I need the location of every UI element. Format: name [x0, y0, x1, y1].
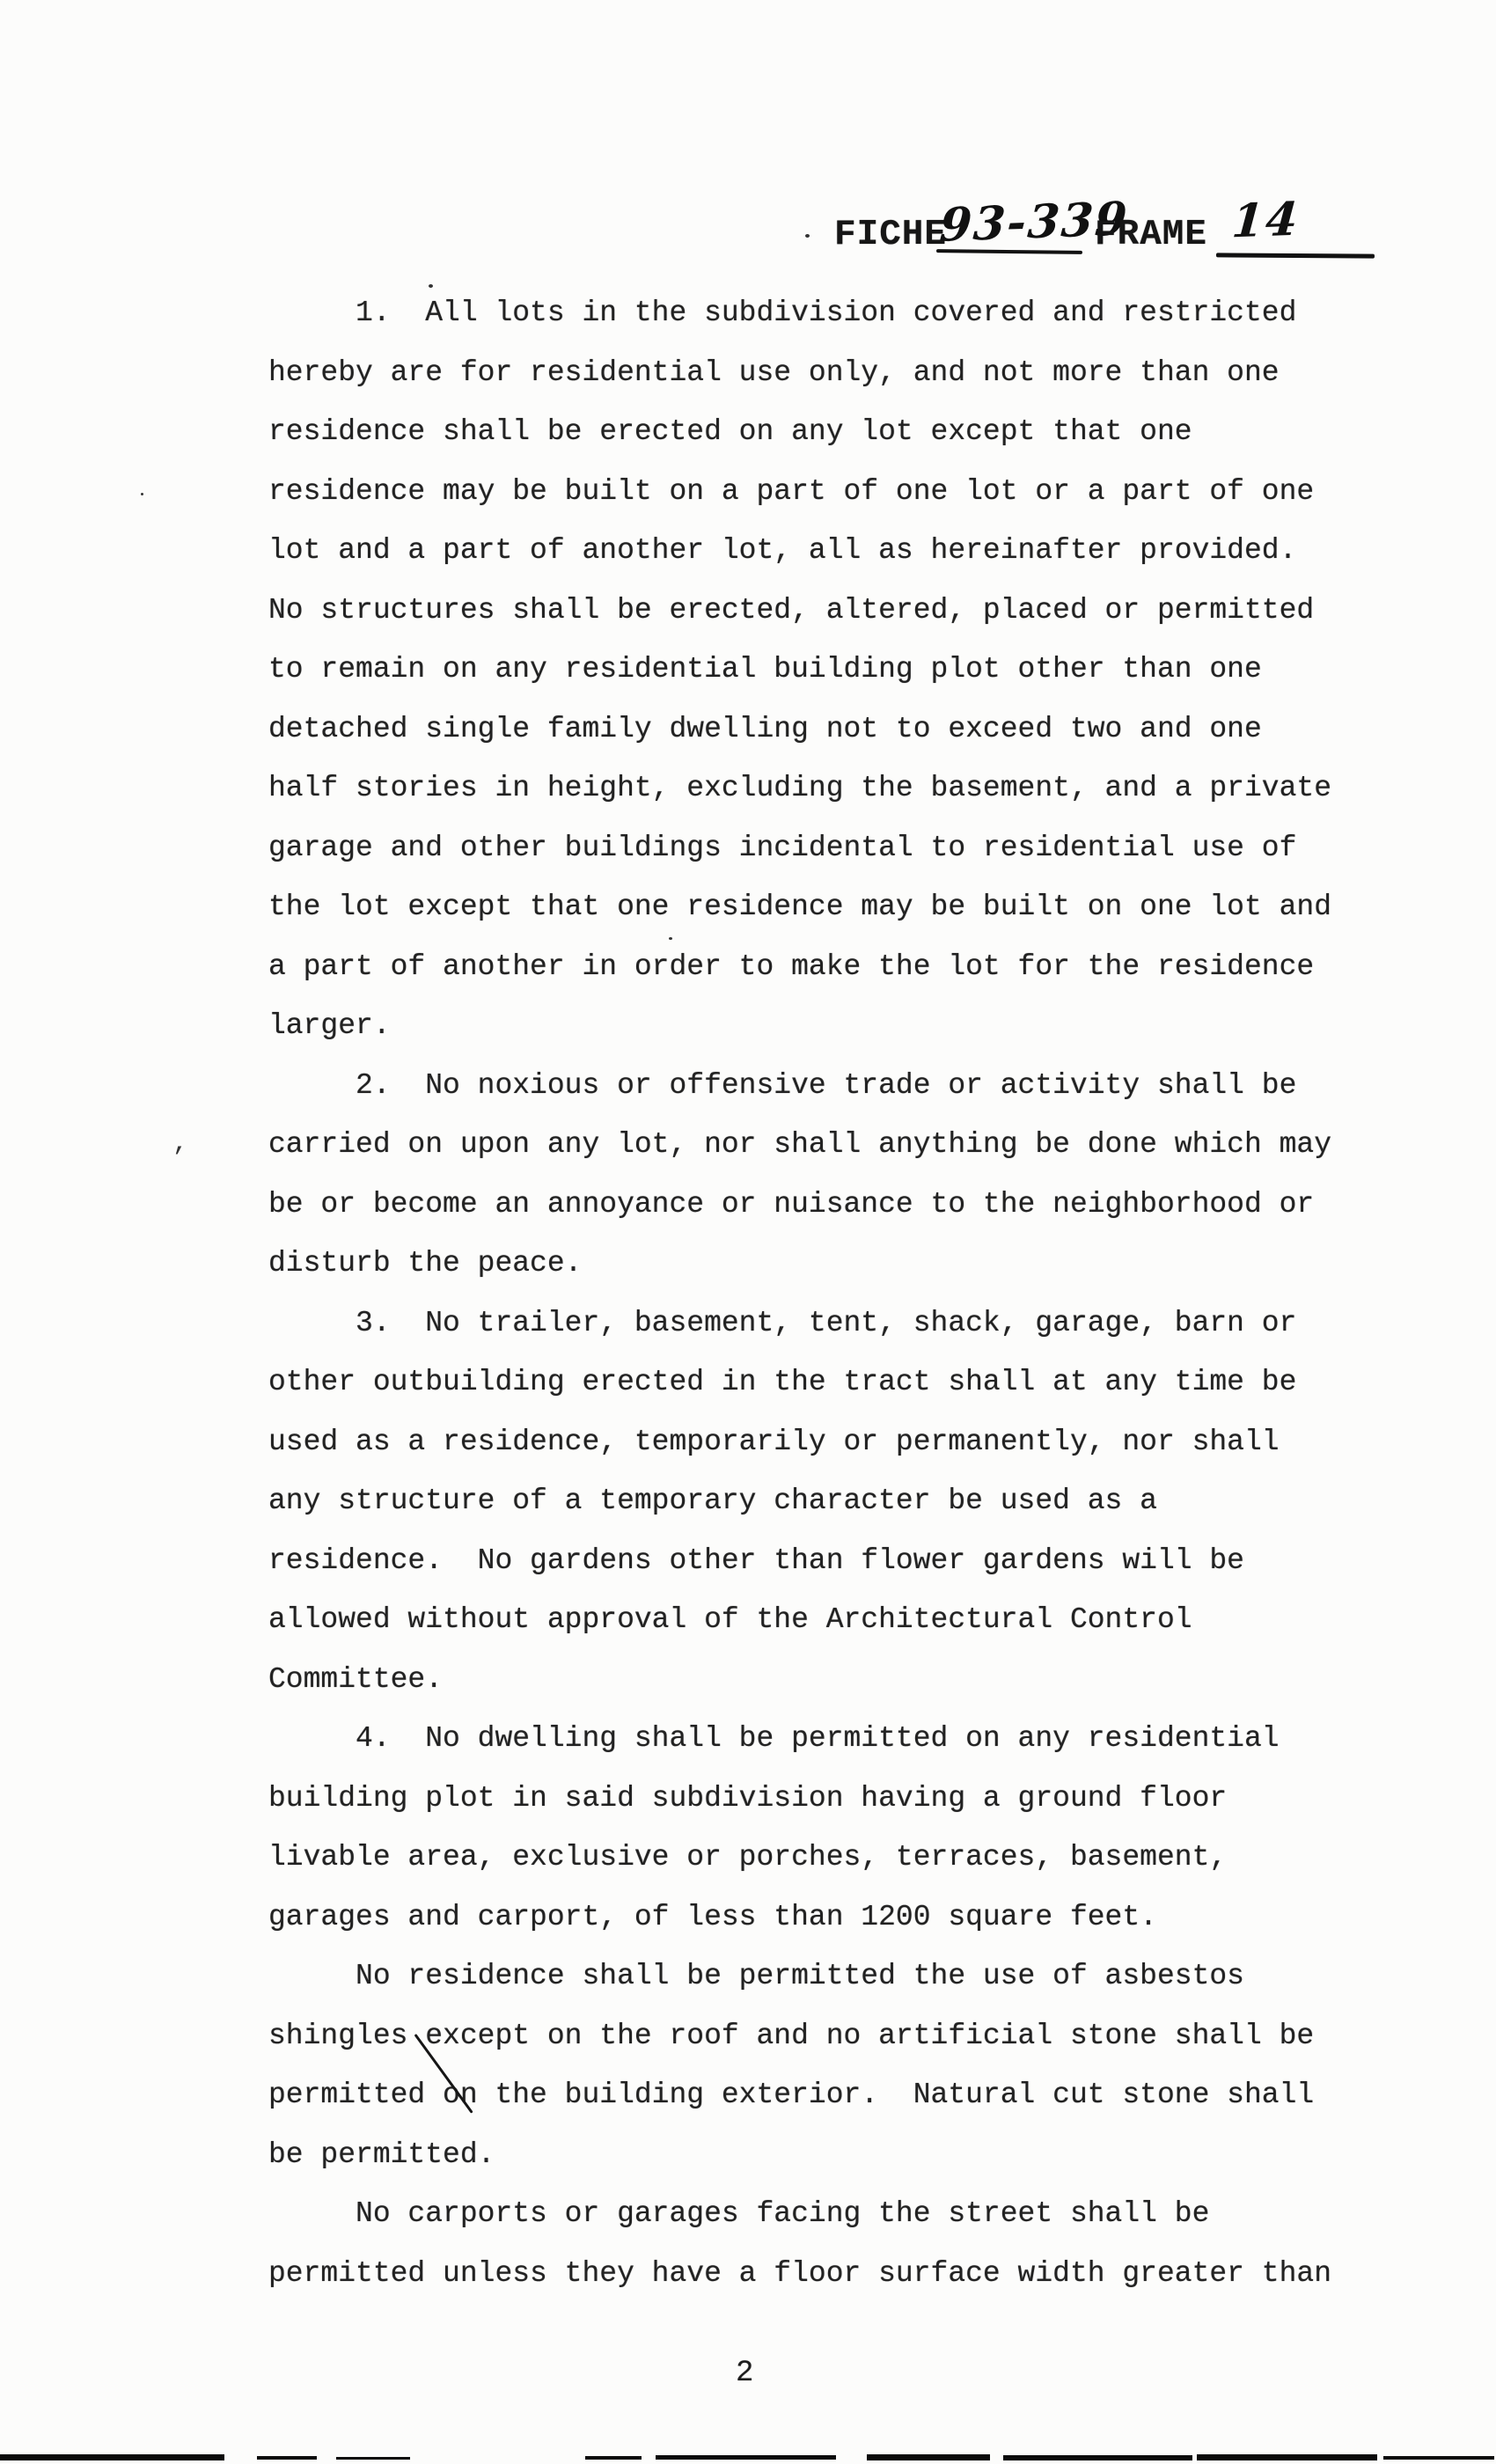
- scan-edge-segment: [1383, 2456, 1494, 2460]
- text-line: lot and a part of another lot, all as he…: [268, 521, 1448, 581]
- text-line: livable area, exclusive or porches, terr…: [268, 1828, 1448, 1888]
- page-number: 2: [736, 2357, 753, 2390]
- fiche-label: FICHE: [834, 215, 947, 255]
- text-line: used as a residence, temporarily or perm…: [268, 1412, 1448, 1472]
- text-line: residence may be built on a part of one …: [268, 462, 1448, 522]
- frame-label: FRAME: [1095, 215, 1207, 255]
- text-line: garage and other buildings incidental to…: [268, 818, 1448, 878]
- text-line: be or become an annoyance or nuisance to…: [268, 1175, 1448, 1235]
- text-line: building plot in said subdivision having…: [268, 1769, 1448, 1829]
- ink-speck: [669, 937, 672, 940]
- text-line: any structure of a temporary character b…: [268, 1471, 1448, 1531]
- scan-edge-segment: [585, 2456, 642, 2460]
- scan-edge-segment: [867, 2454, 990, 2460]
- fiche-number-underline: [936, 249, 1082, 254]
- ink-speck: ’: [171, 1144, 187, 1174]
- text-line: disturb the peace.: [268, 1234, 1448, 1294]
- frame-number-handwritten: 14: [1230, 193, 1302, 249]
- text-line: allowed without approval of the Architec…: [268, 1590, 1448, 1650]
- text-line: other outbuilding erected in the tract s…: [268, 1353, 1448, 1412]
- ink-speck: [141, 493, 143, 495]
- text-line: residence. No gardens other than flower …: [268, 1531, 1448, 1591]
- text-line: larger.: [268, 996, 1448, 1056]
- text-line: 4. No dwelling shall be permitted on any…: [268, 1709, 1448, 1769]
- text-line: Committee.: [268, 1650, 1448, 1710]
- text-line: permitted unless they have a floor surfa…: [268, 2244, 1448, 2304]
- text-line: No carports or garages facing the street…: [268, 2184, 1448, 2244]
- scanned-document-page: FICHE 93-339 FRAME 14 1. All lots in the…: [0, 0, 1496, 2464]
- ink-speck: [805, 234, 810, 238]
- text-line: No residence shall be permitted the use …: [268, 1947, 1448, 2006]
- text-line: garages and carport, of less than 1200 s…: [268, 1888, 1448, 1947]
- scan-edge-segment: [0, 2454, 224, 2460]
- text-line: the lot except that one residence may be…: [268, 877, 1448, 937]
- text-line: 2. No noxious or offensive trade or acti…: [268, 1056, 1448, 1116]
- text-line: a part of another in order to make the l…: [268, 937, 1448, 997]
- text-line: hereby are for residential use only, and…: [268, 343, 1448, 403]
- body-text: 1. All lots in the subdivision covered a…: [268, 283, 1448, 2303]
- text-line: be permitted.: [268, 2125, 1448, 2185]
- frame-number-underline: [1216, 253, 1375, 258]
- text-line: 3. No trailer, basement, tent, shack, ga…: [268, 1294, 1448, 1353]
- scan-edge-segment: [656, 2455, 836, 2460]
- text-line: half stories in height, excluding the ba…: [268, 759, 1448, 818]
- scan-edge-segment: [1003, 2455, 1192, 2460]
- text-line: 1. All lots in the subdivision covered a…: [268, 283, 1448, 343]
- ink-speck: [429, 284, 433, 288]
- text-line: residence shall be erected on any lot ex…: [268, 402, 1448, 462]
- text-line: carried on upon any lot, nor shall anyth…: [268, 1115, 1448, 1175]
- text-line: to remain on any residential building pl…: [268, 640, 1448, 700]
- text-line: detached single family dwelling not to e…: [268, 700, 1448, 759]
- text-line: shingles except on the roof and no artif…: [268, 2006, 1448, 2066]
- text-line: No structures shall be erected, altered,…: [268, 581, 1448, 641]
- scan-edge-segment: [336, 2457, 410, 2460]
- scan-edge-segment: [257, 2456, 317, 2460]
- scan-edge-segment: [1197, 2454, 1377, 2460]
